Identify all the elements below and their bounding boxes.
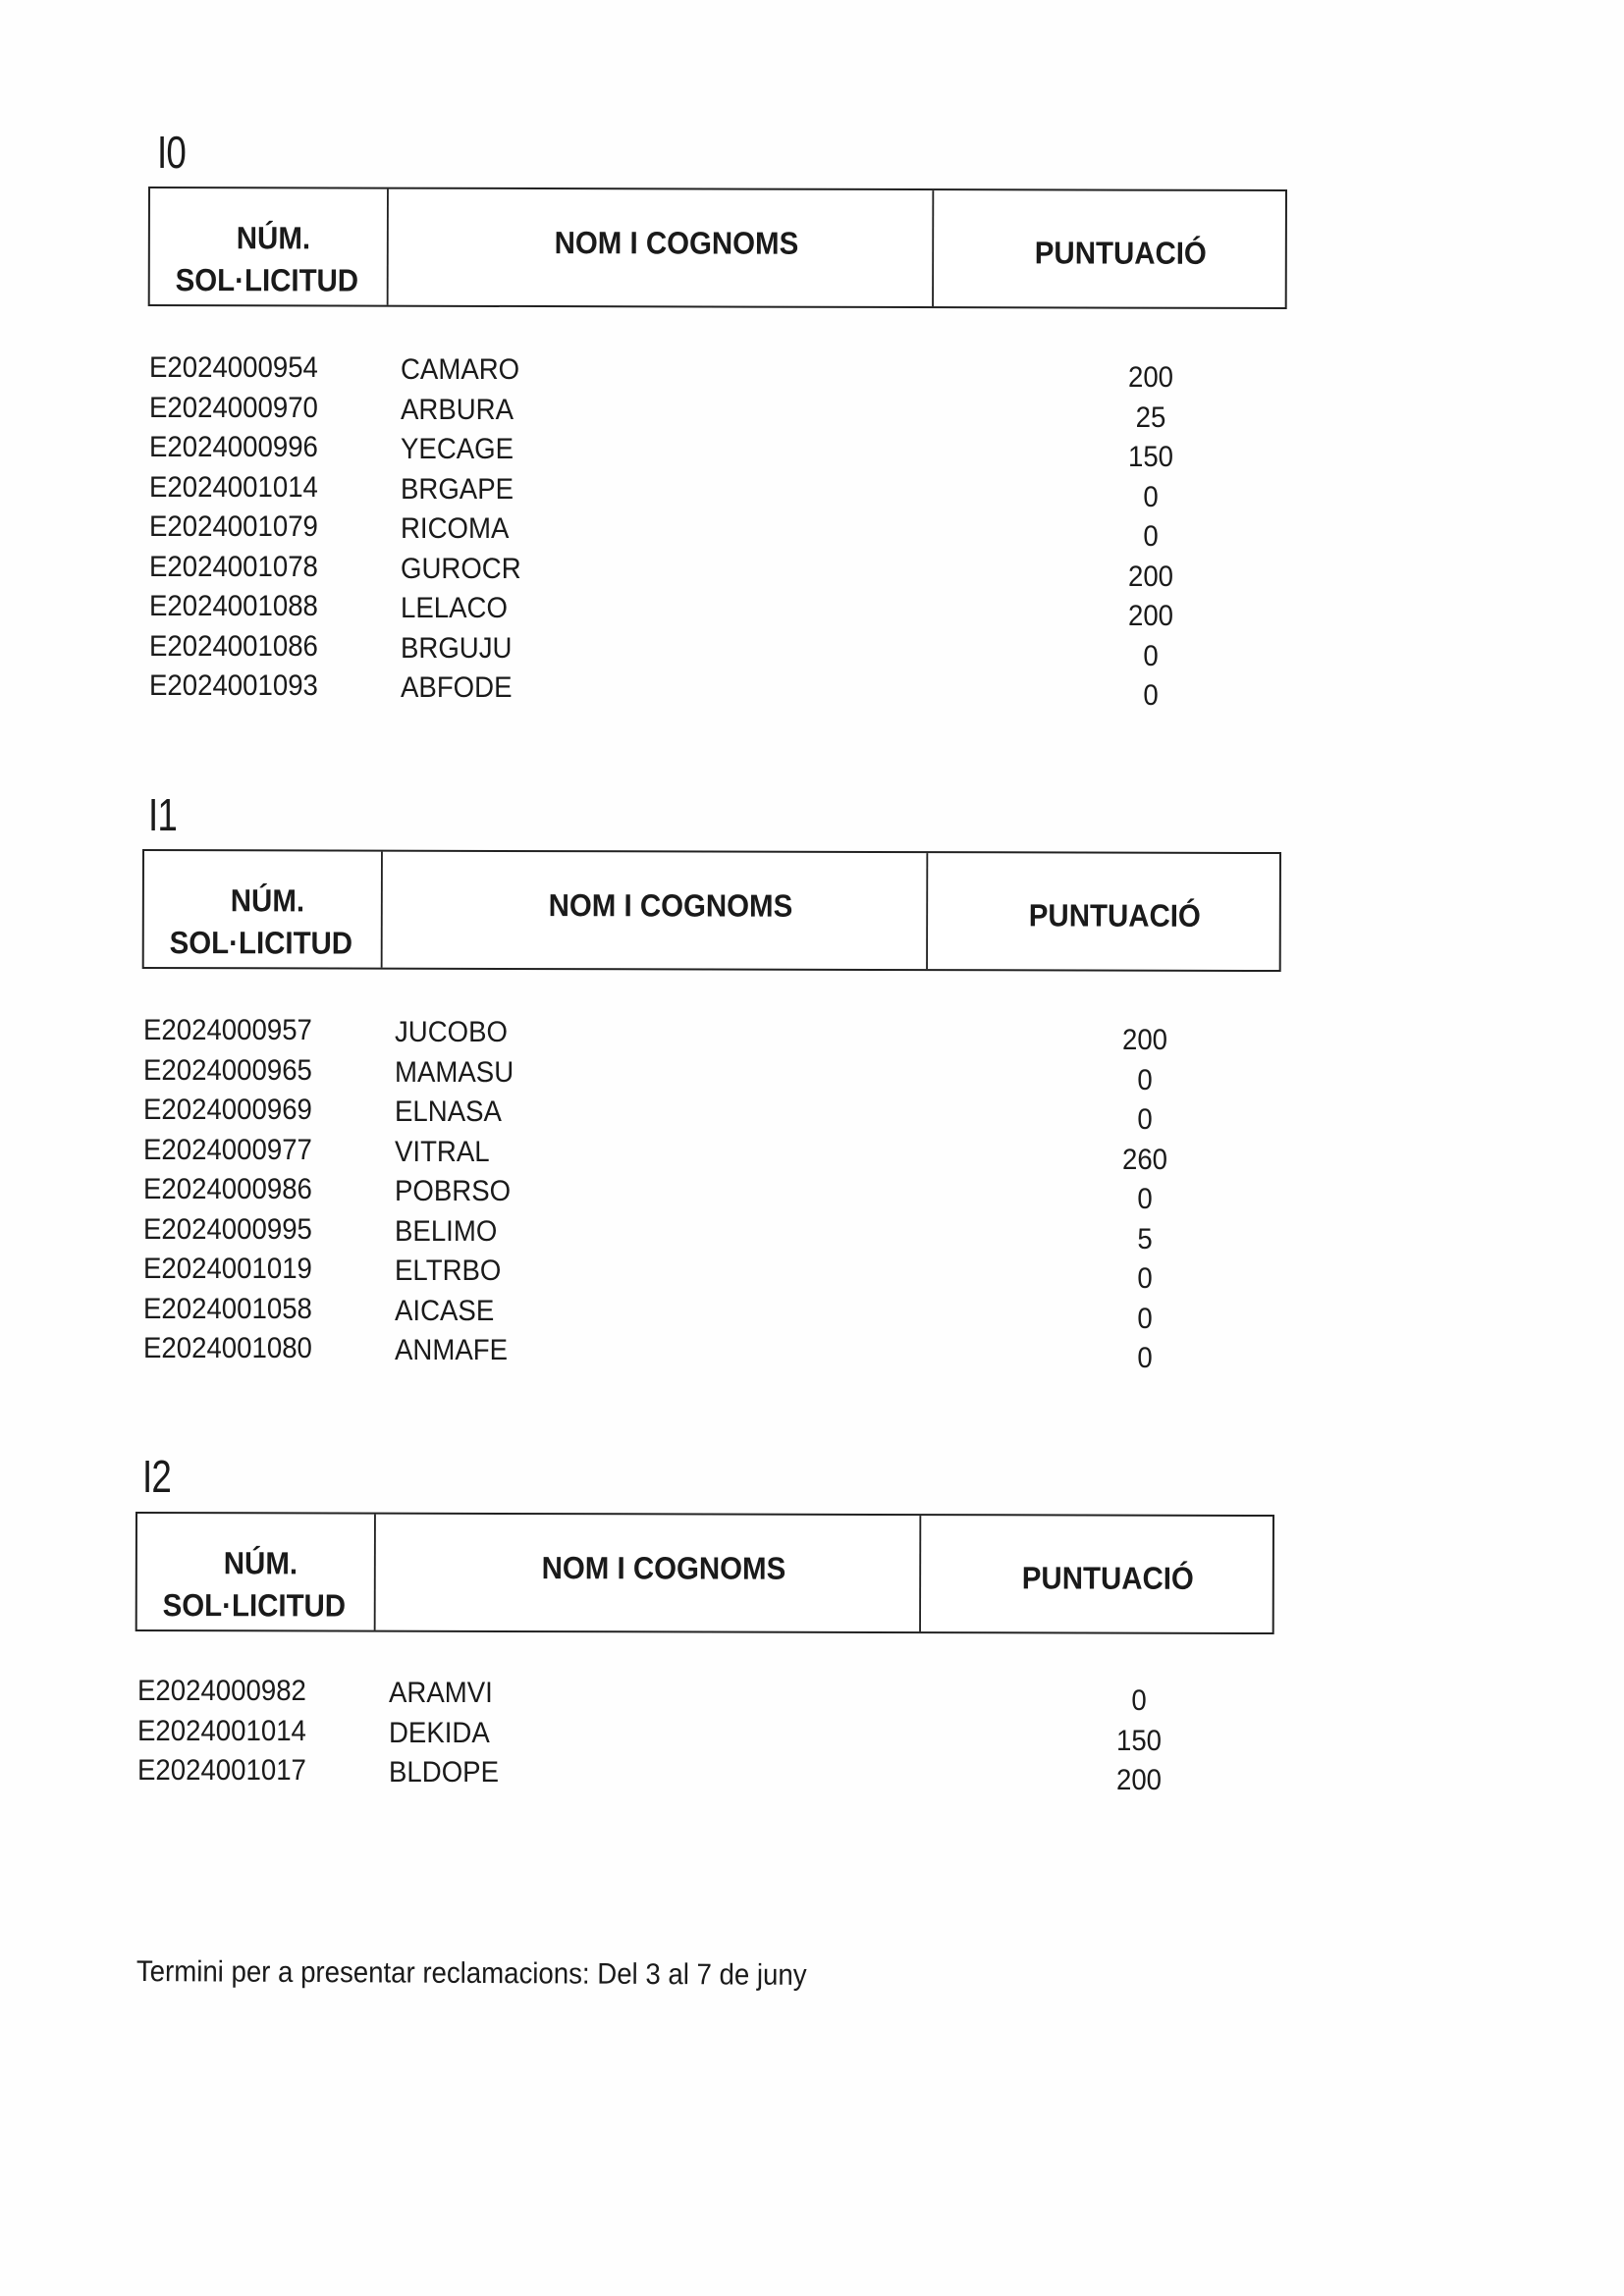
section-title: I1 xyxy=(148,788,177,841)
request-number: E2024000970 xyxy=(149,392,318,425)
score: 260 xyxy=(1109,1144,1181,1177)
header-num-label: NÚM. xyxy=(224,1545,298,1581)
request-number: E2024000965 xyxy=(143,1054,312,1088)
header-request-number: NÚM.SOL·LICITUD xyxy=(160,188,389,305)
applicant-name: POBRSO xyxy=(395,1175,511,1208)
score: 5 xyxy=(1109,1223,1181,1256)
table-header: NÚM.SOL·LICITUDNOM I COGNOMSPUNTUACIÓ xyxy=(135,1512,1274,1634)
request-number: E2024001080 xyxy=(143,1332,312,1365)
applicant-name: AICASE xyxy=(395,1295,494,1328)
score: 200 xyxy=(1114,361,1187,395)
score: 0 xyxy=(1114,520,1187,554)
section-title: I0 xyxy=(157,126,186,179)
request-number: E2024001014 xyxy=(149,471,318,505)
table-header: NÚM.SOL·LICITUDNOM I COGNOMSPUNTUACIÓ xyxy=(142,849,1281,972)
score: 0 xyxy=(1109,1103,1181,1137)
header-request-number: NÚM.SOL·LICITUD xyxy=(154,851,383,968)
applicant-name: MAMASU xyxy=(395,1056,514,1090)
applicant-name: YECAGE xyxy=(401,433,514,466)
score: 25 xyxy=(1114,401,1187,435)
score: 150 xyxy=(1103,1725,1175,1758)
applicant-name: JUCOBO xyxy=(395,1016,508,1049)
score: 200 xyxy=(1109,1024,1181,1057)
request-number: E2024001017 xyxy=(137,1754,306,1788)
applicant-name: DEKIDA xyxy=(389,1717,490,1750)
applicant-name: ABFODE xyxy=(401,671,512,705)
score: 0 xyxy=(1114,481,1187,514)
header-score: PUNTUACIÓ xyxy=(963,853,1267,970)
request-number: E2024001078 xyxy=(149,551,318,584)
header-name: NOM I COGNOMS xyxy=(414,852,928,969)
request-number: E2024001086 xyxy=(149,630,318,664)
request-number: E2024000986 xyxy=(143,1173,312,1206)
score: 0 xyxy=(1114,679,1187,713)
request-number: E2024001019 xyxy=(143,1253,312,1286)
applicant-name: CAMARO xyxy=(401,353,519,387)
request-number: E2024000957 xyxy=(143,1014,312,1047)
applicant-name: LELACO xyxy=(401,592,508,625)
score: 200 xyxy=(1114,600,1187,633)
request-number: E2024000982 xyxy=(137,1675,306,1708)
applicant-name: ARAMVI xyxy=(389,1677,493,1710)
score: 0 xyxy=(1109,1262,1181,1296)
claims-deadline-note: Termini per a presentar reclamacions: De… xyxy=(136,1955,807,1993)
score: 0 xyxy=(1114,640,1187,673)
table-header: NÚM.SOL·LICITUDNOM I COGNOMSPUNTUACIÓ xyxy=(148,187,1287,309)
applicant-name: ANMAFE xyxy=(395,1334,508,1367)
request-number: E2024001079 xyxy=(149,510,318,544)
header-name: NOM I COGNOMS xyxy=(420,189,934,306)
request-number: E2024000996 xyxy=(149,431,318,464)
header-num-label: NÚM. xyxy=(237,220,310,256)
score: 200 xyxy=(1103,1764,1175,1797)
score: 200 xyxy=(1114,561,1187,594)
request-number: E2024001014 xyxy=(137,1715,306,1748)
score: 150 xyxy=(1114,441,1187,474)
header-num-label: NÚM. xyxy=(231,882,304,919)
header-request-number: NÚM.SOL·LICITUD xyxy=(147,1514,376,1630)
header-score: PUNTUACIÓ xyxy=(969,190,1272,307)
score: 0 xyxy=(1109,1064,1181,1097)
section-title: I2 xyxy=(142,1450,171,1503)
request-number: E2024000969 xyxy=(143,1094,312,1127)
score: 0 xyxy=(1109,1303,1181,1336)
applicant-name: RICOMA xyxy=(401,512,509,546)
request-number: E2024001088 xyxy=(149,590,318,623)
applicant-name: VITRAL xyxy=(395,1136,490,1169)
header-solicitud-label: SOL·LICITUD xyxy=(170,925,353,961)
applicant-name: BLDOPE xyxy=(389,1756,499,1789)
request-number: E2024000954 xyxy=(149,351,318,385)
request-number: E2024001093 xyxy=(149,669,318,703)
applicant-name: ELTRBO xyxy=(395,1255,501,1288)
applicant-name: ELNASA xyxy=(395,1095,502,1129)
applicant-name: BELIMO xyxy=(395,1215,497,1249)
applicant-name: ARBURA xyxy=(401,394,514,427)
request-number: E2024001058 xyxy=(143,1293,312,1326)
request-number: E2024000995 xyxy=(143,1213,312,1247)
score: 0 xyxy=(1109,1342,1181,1375)
header-solicitud-label: SOL·LICITUD xyxy=(176,262,359,298)
header-score: PUNTUACIÓ xyxy=(956,1516,1260,1632)
score: 0 xyxy=(1109,1183,1181,1216)
applicant-name: GUROCR xyxy=(401,553,521,586)
header-solicitud-label: SOL·LICITUD xyxy=(163,1587,347,1624)
applicant-name: BRGUJU xyxy=(401,632,512,666)
score: 0 xyxy=(1103,1684,1175,1718)
request-number: E2024000977 xyxy=(143,1134,312,1167)
header-name: NOM I COGNOMS xyxy=(407,1515,921,1631)
applicant-name: BRGAPE xyxy=(401,473,514,507)
